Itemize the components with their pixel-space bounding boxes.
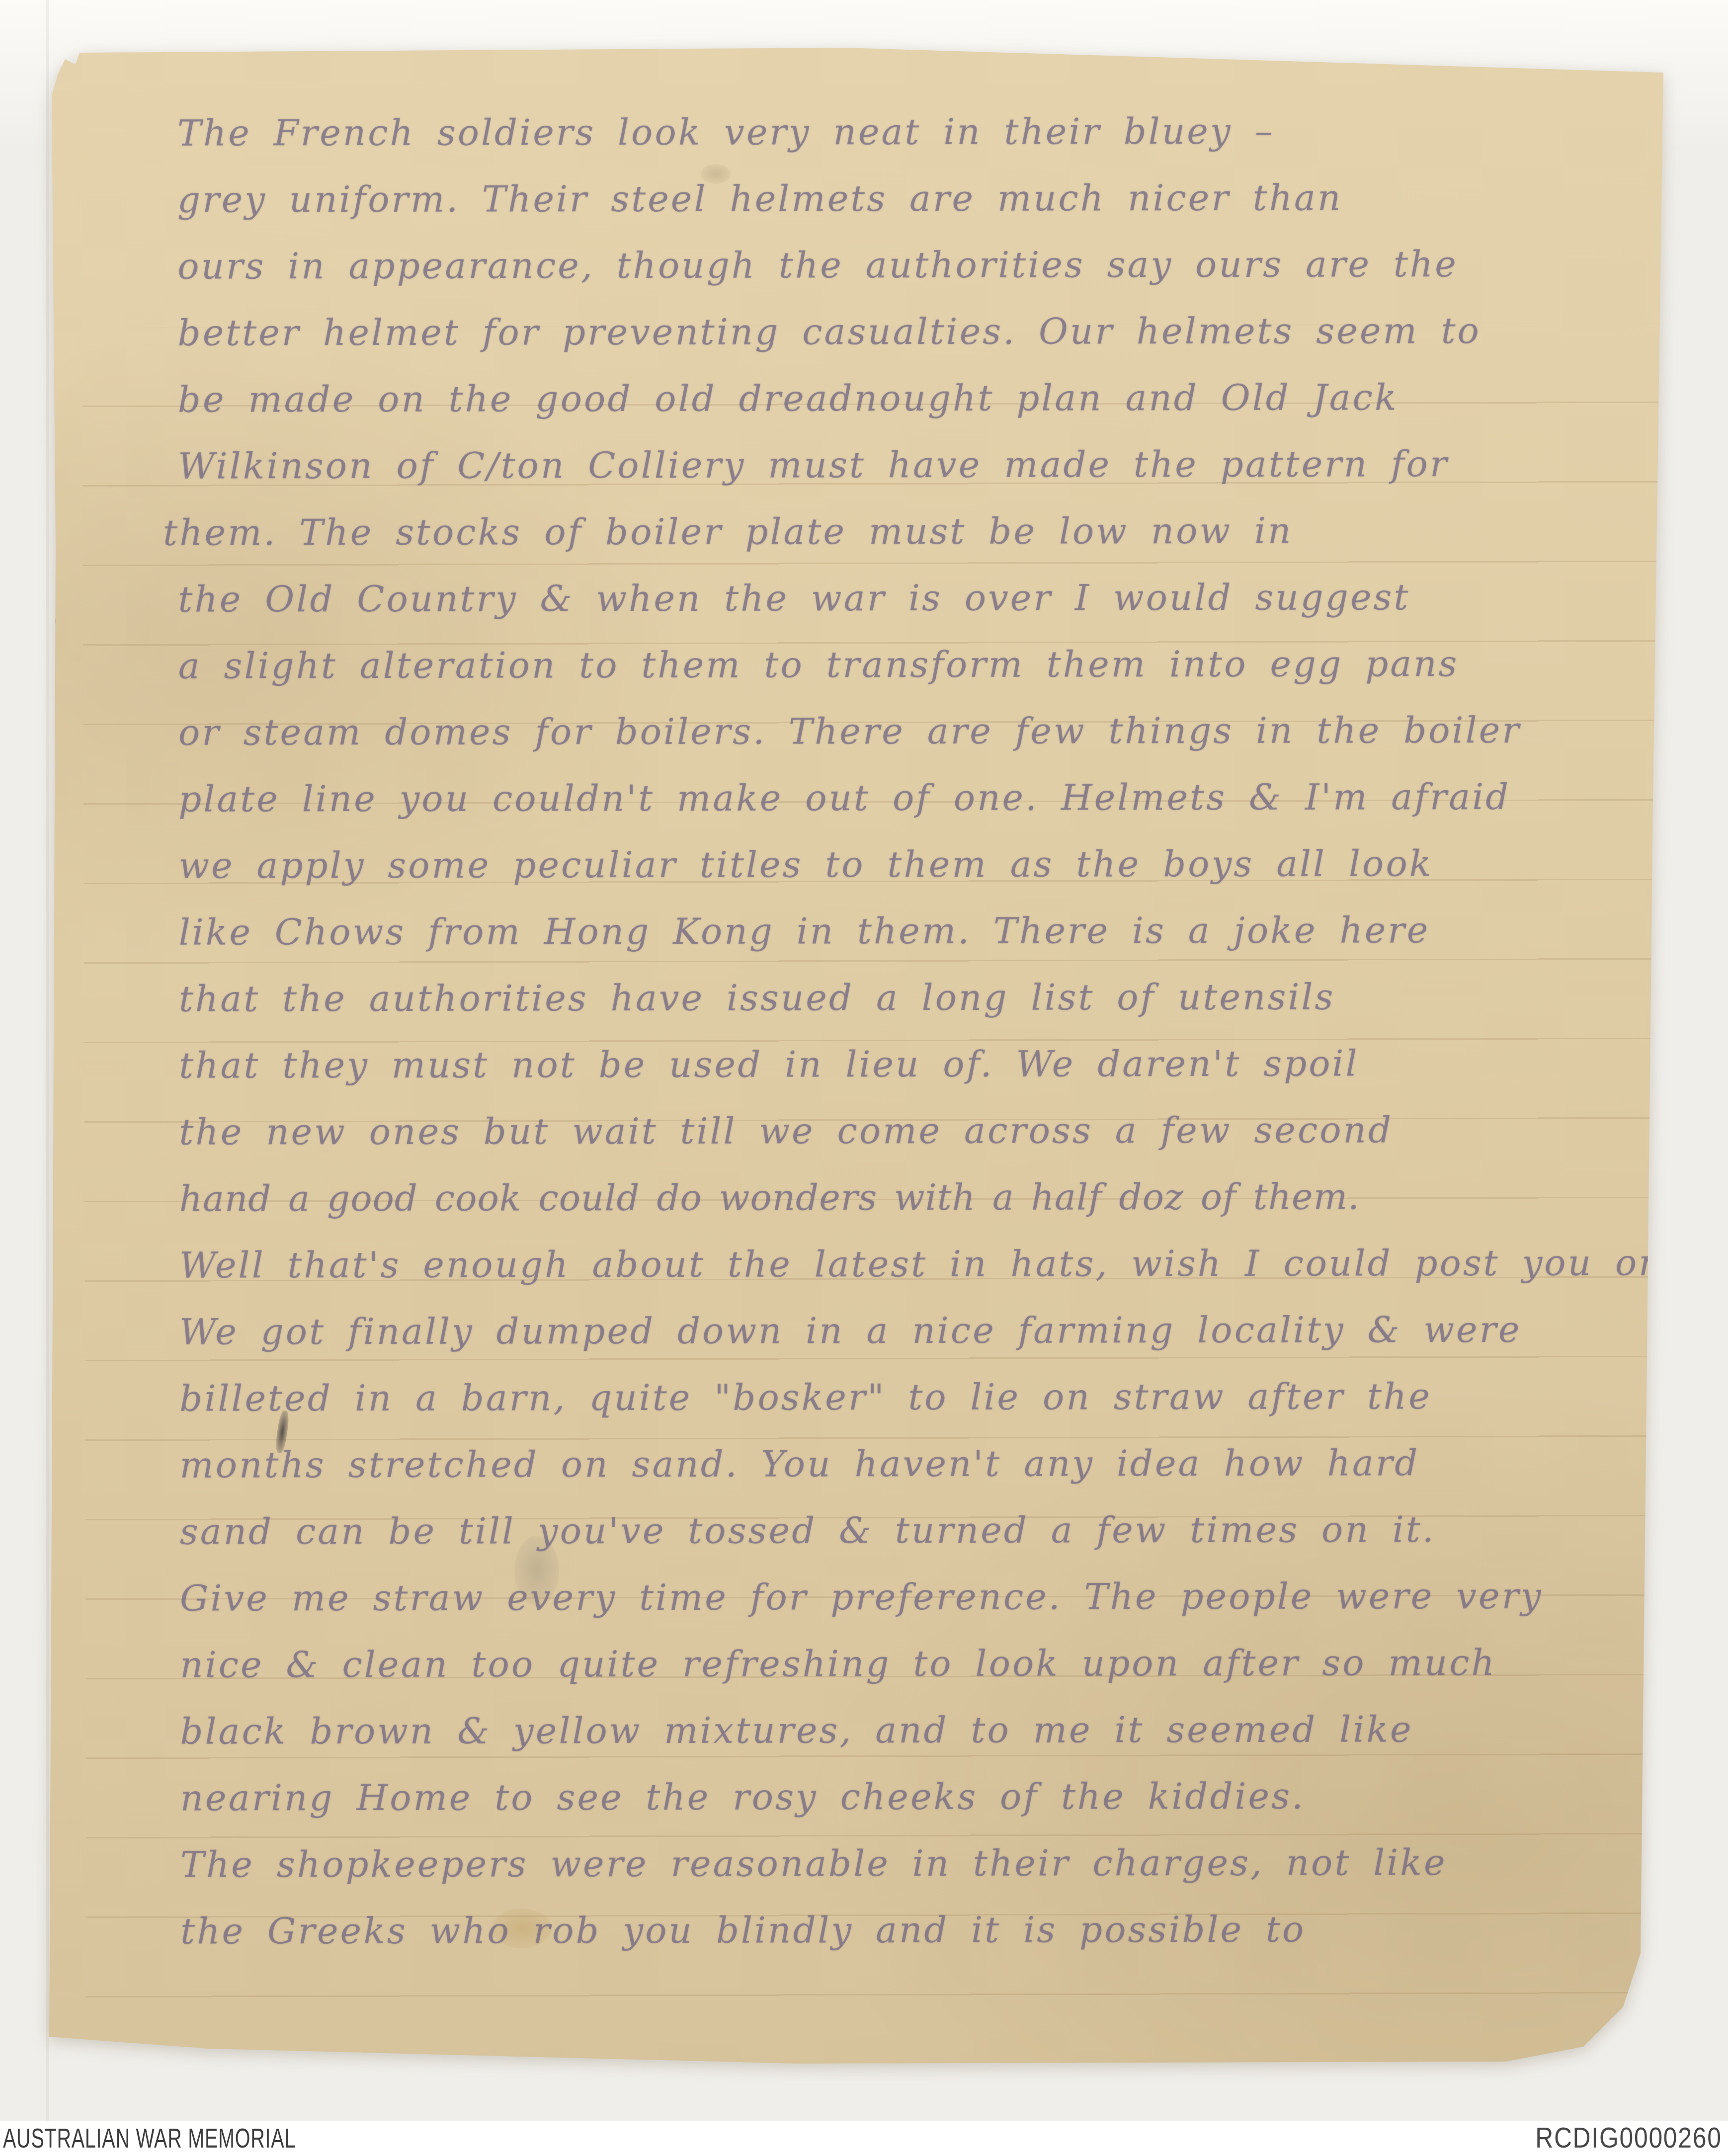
handwritten-line: the Old Country & when the war is over I… bbox=[178, 563, 1674, 632]
handwritten-line: We got finally dumped down in a nice far… bbox=[179, 1296, 1675, 1365]
paper-stain bbox=[43, 612, 56, 629]
handwritten-line: Wilkinson of C/ton Colliery must have ma… bbox=[178, 430, 1674, 499]
handwritten-line: them. The stocks of boiler plate must be… bbox=[163, 497, 1674, 566]
handwritten-line: black brown & yellow mixtures, and to me… bbox=[180, 1695, 1676, 1764]
handwritten-line: a slight alteration to them to transform… bbox=[178, 630, 1674, 699]
scan-background: The French soldiers look very neat in th… bbox=[0, 0, 1728, 2156]
handwritten-line: plate line you couldn't make out of one.… bbox=[178, 763, 1674, 832]
handwritten-line: or steam domes for boilers. There are fe… bbox=[178, 696, 1674, 765]
handwritten-line: sand can be till you've tossed & turned … bbox=[180, 1495, 1676, 1565]
reference-id-label: RCDIG0000260 bbox=[1535, 2124, 1722, 2153]
handwritten-line: nearing Home to see the rosy cheeks of t… bbox=[180, 1762, 1676, 1831]
handwritten-line: better helmet for preventing casualties.… bbox=[177, 297, 1673, 366]
handwritten-line: hand a good cook could do wonders with a… bbox=[179, 1162, 1675, 1232]
handwritten-line: billeted in a barn, quite "bosker" to li… bbox=[179, 1362, 1675, 1431]
letter-page: The French soldiers look very neat in th… bbox=[0, 0, 1728, 2156]
handwritten-line: be made on the good old dreadnought plan… bbox=[178, 363, 1674, 432]
handwritten-line: ours in appearance, though the authoriti… bbox=[177, 230, 1673, 299]
handwritten-line: months stretched on sand. You haven't an… bbox=[179, 1429, 1675, 1498]
handwritten-line: Give me straw every time for preference.… bbox=[180, 1562, 1676, 1631]
handwritten-line: Well that's enough about the latest in h… bbox=[179, 1229, 1675, 1298]
handwritten-line: the new ones but wait till we come acros… bbox=[179, 1096, 1675, 1165]
handwritten-line: The shopkeepers were reasonable in their… bbox=[180, 1828, 1676, 1898]
handwritten-line: we apply some peculiar titles to them as… bbox=[178, 829, 1674, 899]
footer-bar: AUSTRALIAN WAR MEMORIAL RCDIG0000260 bbox=[0, 2121, 1728, 2156]
handwritten-line: The French soldiers look very neat in th… bbox=[177, 97, 1673, 166]
handwritten-line: like Chows from Hong Kong in them. There… bbox=[179, 896, 1675, 965]
handwritten-line: grey uniform. Their steel helmets are mu… bbox=[177, 164, 1673, 233]
handwritten-line: nice & clean too quite refreshing to loo… bbox=[180, 1629, 1676, 1698]
handwritten-letter-text: The French soldiers look very neat in th… bbox=[177, 97, 1677, 1964]
handwritten-line: the Greeks who rob you blindly and it is… bbox=[180, 1895, 1676, 1964]
handwritten-line: that the authorities have issued a long … bbox=[179, 963, 1675, 1032]
archive-name-label: AUSTRALIAN WAR MEMORIAL bbox=[3, 2125, 296, 2153]
handwritten-line: that they must not be used in lieu of. W… bbox=[179, 1029, 1675, 1098]
